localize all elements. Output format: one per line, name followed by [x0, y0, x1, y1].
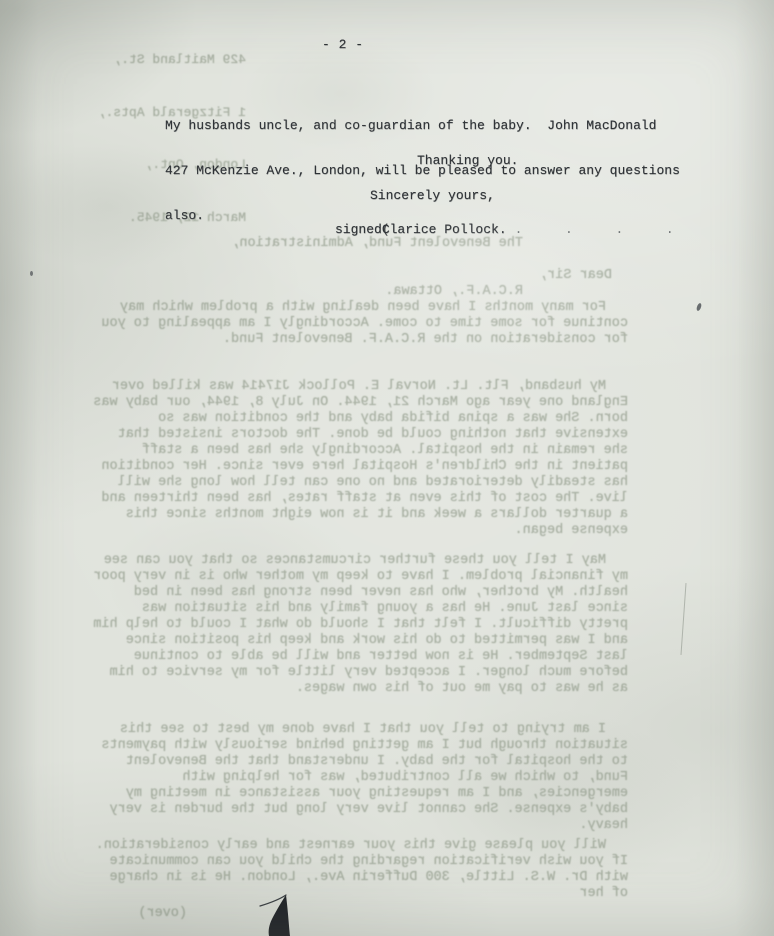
signature-trailing-dots: . . . . — [515, 222, 683, 237]
page-number: - 2 - — [322, 37, 364, 52]
body-line: also. — [165, 208, 680, 223]
typewritten-text-layer: - 2 - My husbands uncle, and co-guardian… — [0, 0, 774, 936]
thanking-line: Thanking you. — [417, 153, 518, 168]
body-line: My husbands uncle, and co-guardian of th… — [165, 118, 680, 133]
signature-overstrike: ( — [382, 222, 390, 237]
scanned-letter-page: 429 Maitland St., 1 Fitzgerald Apts., Lo… — [0, 0, 774, 936]
signature-name: Clarice Pollock. — [382, 222, 507, 237]
closing-line: Sincerely yours, — [370, 188, 495, 203]
signature-prefix: signed — [335, 222, 382, 237]
ink-blot — [256, 893, 298, 936]
signature-line: signed(Clarice Pollock.. . . . — [335, 222, 683, 237]
